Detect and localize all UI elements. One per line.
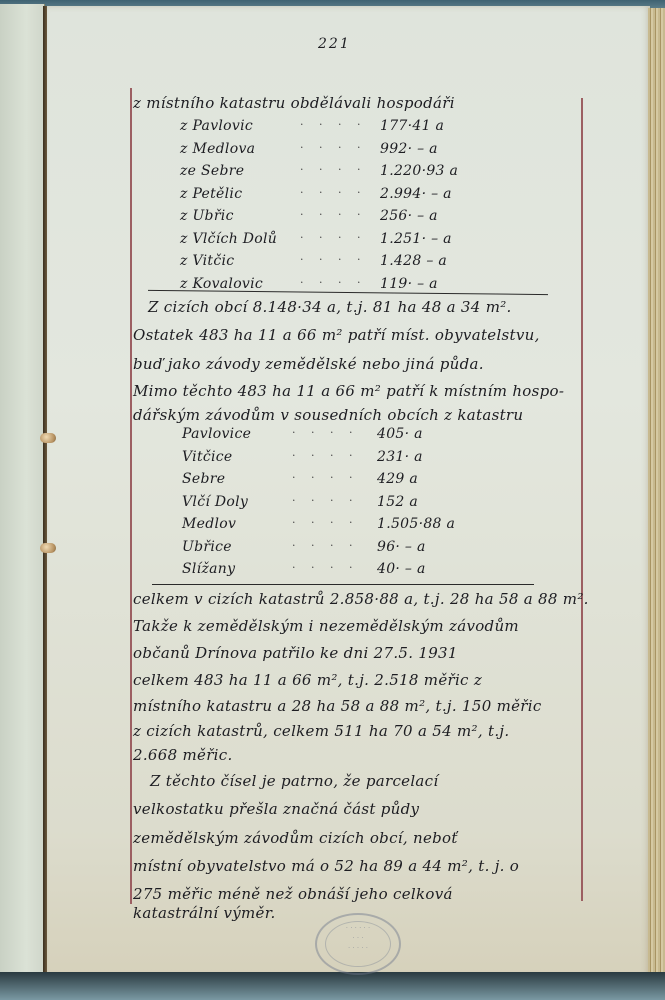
- page-number: 221: [318, 36, 351, 52]
- area-value: 152 a: [377, 494, 418, 510]
- place-name: z Petělic: [180, 186, 242, 202]
- place-prefix: ze: [180, 163, 196, 179]
- place-prefix: z: [180, 253, 188, 269]
- place-name: Vlčí Doly: [182, 494, 248, 510]
- place-prefix: z: [180, 141, 188, 157]
- page-stack-edges: [648, 8, 665, 976]
- area-value: 40· – a: [377, 561, 426, 577]
- area-value: 119· – a: [380, 276, 438, 292]
- place-prefix: z: [180, 231, 188, 247]
- place-name: Pavlovice: [182, 426, 251, 442]
- leader-dots: · · · ·: [300, 208, 366, 221]
- area-value: 1.220·93 a: [380, 163, 458, 179]
- leader-dots: · · · ·: [292, 494, 358, 507]
- paragraph2-line: 2.668 měřic.: [133, 746, 233, 764]
- place-label: Pavlovic: [192, 118, 253, 134]
- list-item: z Medlova· · · ·992· – a: [180, 141, 500, 161]
- list-item: Slížany· · · ·40· – a: [182, 561, 497, 581]
- area-value: 405· a: [377, 426, 423, 442]
- place-label: Petělic: [192, 186, 242, 202]
- place-name: z Vitčic: [180, 253, 234, 269]
- place-label: Vitčic: [192, 253, 234, 269]
- backdrop-bottom: [0, 972, 665, 1000]
- right-margin-rule: [581, 98, 583, 901]
- list-item: z Vlčích Dolů· · · ·1.251· – a: [180, 231, 500, 251]
- leader-dots: · · · ·: [300, 276, 366, 289]
- list-item: Vlčí Doly· · · ·152 a: [182, 494, 497, 514]
- place-name: z Medlova: [180, 141, 255, 157]
- leader-dots: · · · ·: [292, 449, 358, 462]
- area-value: 1.505·88 a: [377, 516, 455, 532]
- local-total-line: Z cizích obcí 8.148·34 a, t.j. 81 ha 48 …: [148, 298, 512, 316]
- list-item: Ubřice· · · ·96· – a: [182, 539, 497, 559]
- list-item: Medlov· · · ·1.505·88 a: [182, 516, 497, 536]
- paragraph3-line: místní obyvatelstvo má o 52 ha 89 a 44 m…: [133, 857, 519, 875]
- paragraph2-line: místního katastru a 28 ha 58 a 88 m², t.…: [133, 697, 542, 715]
- paragraph1-line: buď jako závody zemědělské nebo jiná půd…: [133, 355, 484, 373]
- paragraph3-line: katastrální výměr.: [133, 904, 276, 922]
- paragraph2-line: Takže k zemědělským i nezemědělským závo…: [133, 617, 519, 635]
- binding-stitch-icon: [40, 543, 56, 553]
- book-gutter: [43, 6, 47, 982]
- paragraph1-line: Mimo těchto 483 ha 11 a 66 m² patří k mí…: [133, 382, 564, 400]
- paragraph1-line: Ostatek 483 ha 11 a 66 m² patří míst. ob…: [133, 326, 540, 344]
- place-label: Medlova: [192, 141, 255, 157]
- intro-line: z místního katastru obdělávali hospodáři: [133, 94, 455, 112]
- area-value: 429 a: [377, 471, 418, 487]
- area-value: 2.994· – a: [380, 186, 452, 202]
- place-label: Sebre: [201, 163, 244, 179]
- place-name: Slížany: [182, 561, 235, 577]
- place-prefix: z: [180, 208, 188, 224]
- leader-dots: · · · ·: [300, 118, 366, 131]
- area-value: 1.251· – a: [380, 231, 452, 247]
- list-item: ze Sebre· · · ·1.220·93 a: [180, 163, 500, 183]
- leader-dots: · · · ·: [292, 471, 358, 484]
- list-item: Pavlovice· · · ·405· a: [182, 426, 497, 446]
- place-label: Ubřic: [192, 208, 233, 224]
- list-item: z Pavlovic· · · ·177·41 a: [180, 118, 500, 138]
- place-name: Medlov: [182, 516, 236, 532]
- place-name: z Kovalovic: [180, 276, 263, 292]
- paragraph3-line: zemědělským závodům cizích obcí, neboť: [133, 829, 458, 847]
- left-margin-rule: [130, 88, 132, 904]
- stamp-inner-ring: [325, 921, 391, 967]
- paragraph2-line: občanů Drínova patřilo ke dni 27.5. 1931: [133, 644, 458, 662]
- place-name: ze Sebre: [180, 163, 244, 179]
- leader-dots: · · · ·: [300, 141, 366, 154]
- place-label: Kovalovic: [192, 276, 263, 292]
- total-rule: [152, 584, 534, 585]
- list-item: Sebre· · · ·429 a: [182, 471, 497, 491]
- paragraph2-line: celkem v cizích katastrů 2.858·88 a, t.j…: [133, 590, 589, 608]
- binding-stitch-icon: [40, 433, 56, 443]
- leader-dots: · · · ·: [300, 253, 366, 266]
- paragraph2-line: z cizích katastrů, celkem 511 ha 70 a 54…: [133, 722, 509, 740]
- left-page-edge: [0, 4, 45, 982]
- leader-dots: · · · ·: [300, 163, 366, 176]
- place-name: Sebre: [182, 471, 225, 487]
- place-prefix: z: [180, 118, 188, 134]
- place-prefix: z: [180, 276, 188, 292]
- area-value: 1.428 – a: [380, 253, 447, 269]
- paragraph1-line: dářským závodům v sousedních obcích z ka…: [133, 406, 523, 424]
- area-value: 256· – a: [380, 208, 438, 224]
- place-label: Vlčích Dolů: [192, 231, 277, 247]
- list-item: Vitčice· · · ·231· a: [182, 449, 497, 469]
- paragraph3-line: velkostatku přešla značná část půdy: [133, 800, 419, 818]
- place-name: Ubřice: [182, 539, 232, 555]
- area-value: 177·41 a: [380, 118, 444, 134]
- leader-dots: · · · ·: [292, 426, 358, 439]
- list-item: z Ubřic· · · ·256· – a: [180, 208, 500, 228]
- leader-dots: · · · ·: [292, 539, 358, 552]
- list-item: z Petělic· · · ·2.994· – a: [180, 186, 500, 206]
- leader-dots: · · · ·: [300, 186, 366, 199]
- list-item: z Vitčic· · · ·1.428 – a: [180, 253, 500, 273]
- area-value: 992· – a: [380, 141, 438, 157]
- place-prefix: z: [180, 186, 188, 202]
- area-value: 231· a: [377, 449, 423, 465]
- area-value: 96· – a: [377, 539, 426, 555]
- leader-dots: · · · ·: [292, 516, 358, 529]
- place-name: Vitčice: [182, 449, 233, 465]
- place-name: z Vlčích Dolů: [180, 231, 277, 247]
- archive-stamp: · · · · · · · · · · · · · ·: [315, 913, 401, 975]
- place-name: z Ubřic: [180, 208, 234, 224]
- paragraph3-line: Z těchto čísel je patrno, že parcelací: [150, 772, 438, 790]
- paragraph2-line: celkem 483 ha 11 a 66 m², t.j. 2.518 měř…: [133, 671, 482, 689]
- place-name: z Pavlovic: [180, 118, 253, 134]
- leader-dots: · · · ·: [300, 231, 366, 244]
- leader-dots: · · · ·: [292, 561, 358, 574]
- paragraph3-line: 275 měřic méně než obnáší jeho celková: [133, 885, 453, 903]
